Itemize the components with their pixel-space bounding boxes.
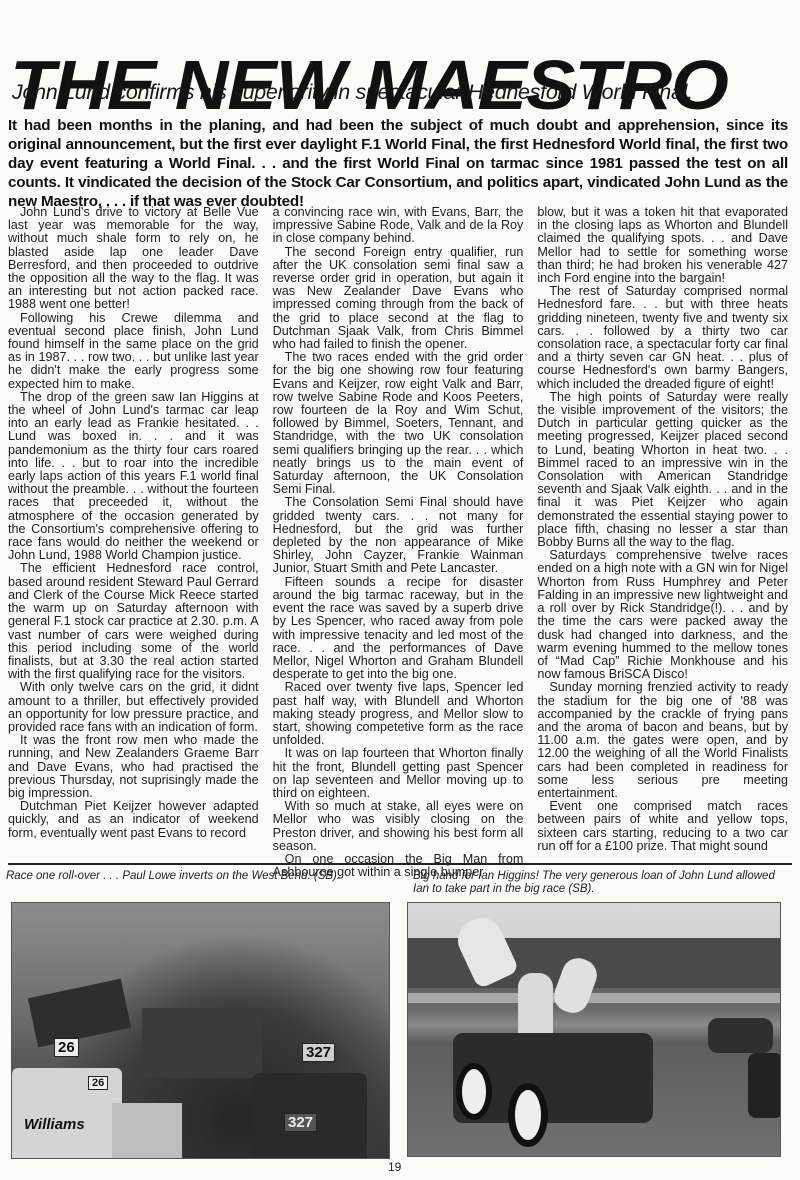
- photo-caption-right: Big hand for Ian Higgins! The very gener…: [413, 870, 793, 896]
- paragraph: With only twelve cars on the grid, it di…: [8, 681, 259, 734]
- paragraph: The two races ended with the grid order …: [273, 351, 524, 496]
- paragraph: With so much at stake, all eyes were on …: [273, 800, 524, 853]
- wheel: [456, 1063, 492, 1120]
- paragraph: Sunday morning frenzied activity to read…: [537, 681, 788, 800]
- paragraph: Event one comprised match races between …: [537, 800, 788, 853]
- car-number-tag: 26: [88, 1076, 108, 1090]
- photo-roll-over: 26 26 327 327 Williams: [11, 902, 390, 1159]
- paragraph: a convincing race win, with Evans, Barr,…: [273, 206, 524, 246]
- paragraph: John Lund's drive to victory at Belle Vu…: [8, 206, 259, 312]
- paragraph: Dutchman Piet Keijzer however adapted qu…: [8, 800, 259, 840]
- car-silhouette: [142, 1008, 262, 1078]
- car-lettering: Williams: [24, 1116, 85, 1133]
- car-number-tag: 327: [302, 1043, 335, 1062]
- paragraph: The rest of Saturday comprised normal He…: [537, 285, 788, 391]
- photo-big-hand: [407, 902, 781, 1157]
- paragraph: Raced over twenty five laps, Spencer led…: [273, 681, 524, 747]
- paragraph: It was the front row men who made the ru…: [8, 734, 259, 800]
- column-1: John Lund's drive to victory at Belle Vu…: [8, 206, 259, 856]
- pace-car: [748, 1053, 781, 1118]
- paragraph: The efficient Hednesford race control, b…: [8, 562, 259, 681]
- paragraph: The Consolation Semi Final should have g…: [273, 496, 524, 575]
- column-3: blow, but it was a token hit that evapor…: [537, 206, 788, 856]
- paragraph: The drop of the green saw Ian Higgins at…: [8, 391, 259, 563]
- subheadline: John Lund confirms his superiority in sp…: [12, 78, 792, 106]
- paragraph: The second Foreign entry qualifier, run …: [273, 246, 524, 352]
- paragraph: Following his Crewe dilemma and eventual…: [8, 312, 259, 391]
- photo-caption-left: Race one roll-over . . . Paul Lowe inver…: [6, 870, 386, 883]
- paragraph: Saturdays comprehensive twelve races end…: [537, 549, 788, 681]
- page-number: 19: [388, 1160, 401, 1174]
- track-wall: [408, 993, 780, 1003]
- paragraph: blow, but it was a token hit that evapor…: [537, 206, 788, 285]
- pace-car: [708, 1018, 773, 1053]
- wheel: [508, 1083, 548, 1147]
- section-divider: [8, 863, 792, 865]
- column-2: a convincing race win, with Evans, Barr,…: [273, 206, 524, 856]
- paragraph: Fifteen sounds a recipe for disaster aro…: [273, 576, 524, 682]
- article-body: John Lund's drive to victory at Belle Vu…: [8, 206, 788, 856]
- car-number-tag: 327: [284, 1113, 317, 1132]
- car-silhouette: [28, 979, 131, 1048]
- standfirst-intro: It had been months in the planing, and h…: [8, 116, 788, 211]
- car-number-tag: 26: [54, 1038, 79, 1057]
- car-silhouette: [112, 1103, 182, 1158]
- paragraph: It was on lap fourteen that Whorton fina…: [273, 747, 524, 800]
- paragraph: The high points of Saturday were really …: [537, 391, 788, 549]
